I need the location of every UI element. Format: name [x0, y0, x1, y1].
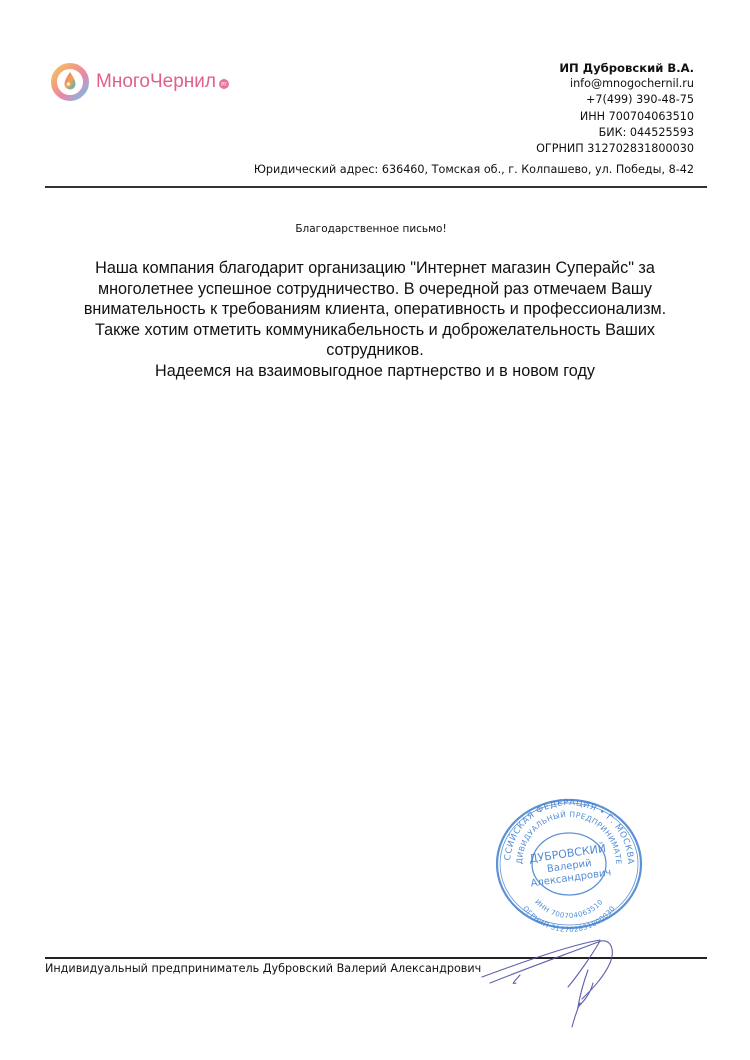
letter-body: Наша компания благодарит организацию "Ин… — [40, 258, 710, 382]
letter-line: внимательность к требованиям клиента, оп… — [40, 299, 710, 320]
letter-title-text: Благодарственное письмо! — [295, 223, 446, 235]
letter-line: многолетнее успешное сотрудничество. В о… — [40, 279, 710, 300]
ink-drop-logo-icon — [50, 62, 90, 102]
letter-line: Наша компания благодарит организацию "Ин… — [40, 258, 710, 279]
brand-name-part1: Много — [96, 71, 150, 93]
company-logo: МногоЧернил ру — [50, 62, 229, 102]
signer-name: Индивидуальный предприниматель Дубровски… — [45, 962, 481, 975]
letter-title: Благодарственное письмо! — [0, 223, 750, 235]
official-stamp: РОССИЙСКАЯ ФЕДЕРАЦИЯ • Г. МОСКВА • ИНДИВ… — [488, 795, 650, 933]
brand-badge: ру — [219, 79, 229, 89]
company-bik: БИК: 044525593 — [536, 125, 694, 141]
brand-name: МногоЧернил ру — [96, 71, 229, 93]
company-ogrnip: ОГРНИП 312702831800030 — [536, 141, 694, 157]
footer-divider — [45, 957, 707, 959]
stamp-inn: ИНН 700704063510 — [533, 898, 605, 920]
company-name: ИП Дубровский В.А. — [536, 60, 694, 76]
legal-address: Юридический адрес: 636460, Томская об., … — [254, 163, 694, 176]
company-details: ИП Дубровский В.А. info@mnogochernil.ru … — [536, 60, 694, 157]
letter-line: Надеемся на взаимовыгодное партнерство и… — [40, 361, 710, 382]
letter-line: сотрудников. — [40, 340, 710, 361]
brand-name-part2: Чернил — [150, 71, 216, 93]
letter-line: Также хотим отметить коммуникабельность … — [40, 320, 710, 341]
header-divider — [45, 186, 707, 188]
svg-text:ИНН 700704063510: ИНН 700704063510 — [533, 898, 605, 920]
company-email: info@mnogochernil.ru — [536, 76, 694, 92]
company-inn: ИНН 700704063510 — [536, 109, 694, 125]
company-phone: +7(499) 390-48-75 — [536, 92, 694, 108]
